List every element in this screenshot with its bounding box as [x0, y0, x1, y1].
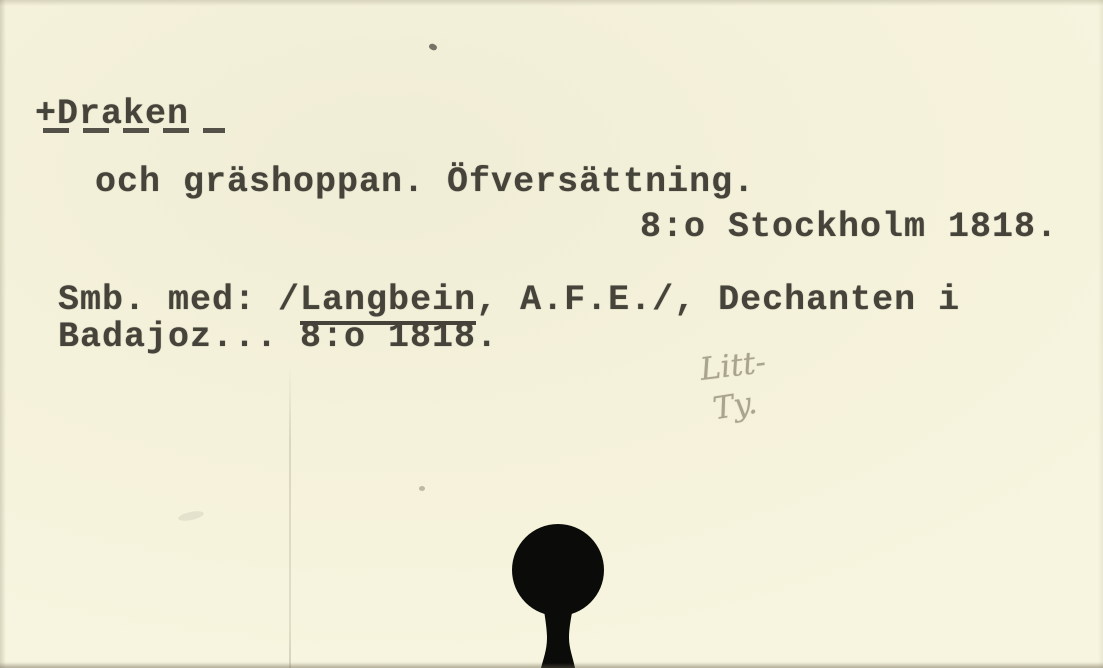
bound-with-line: Smb. med: /Langbein, A.F.E./, Dechanten …: [58, 283, 960, 318]
card-bottom-edge-shadow: [0, 663, 1103, 668]
bound-with-continuation-line: Badajoz... 8:o 1818.: [58, 320, 498, 355]
pencil-note-line-2: Ty.: [710, 385, 759, 427]
imprint-line: 8:o Stockholm 1818.: [640, 210, 1058, 245]
paper-speck: [419, 486, 425, 491]
catalog-card: +Draken och gräshoppan. Öfversättning. 8…: [0, 0, 1103, 668]
title-line: och gräshoppan. Öfversättning.: [95, 165, 755, 200]
card-heading: +Draken: [35, 97, 189, 132]
bound-with-post: , A.F.E./, Dechanten i: [476, 280, 960, 320]
pencil-note-line-1: Litt-: [698, 344, 768, 388]
keyhole-punch-hole-icon: [496, 518, 620, 668]
paper-crease-line: [289, 365, 291, 668]
paper-smudge: [177, 509, 204, 522]
bound-with-pre: Smb. med: /: [58, 280, 300, 320]
ink-speck: [428, 42, 438, 51]
heading-dashed-underline: [43, 128, 225, 133]
